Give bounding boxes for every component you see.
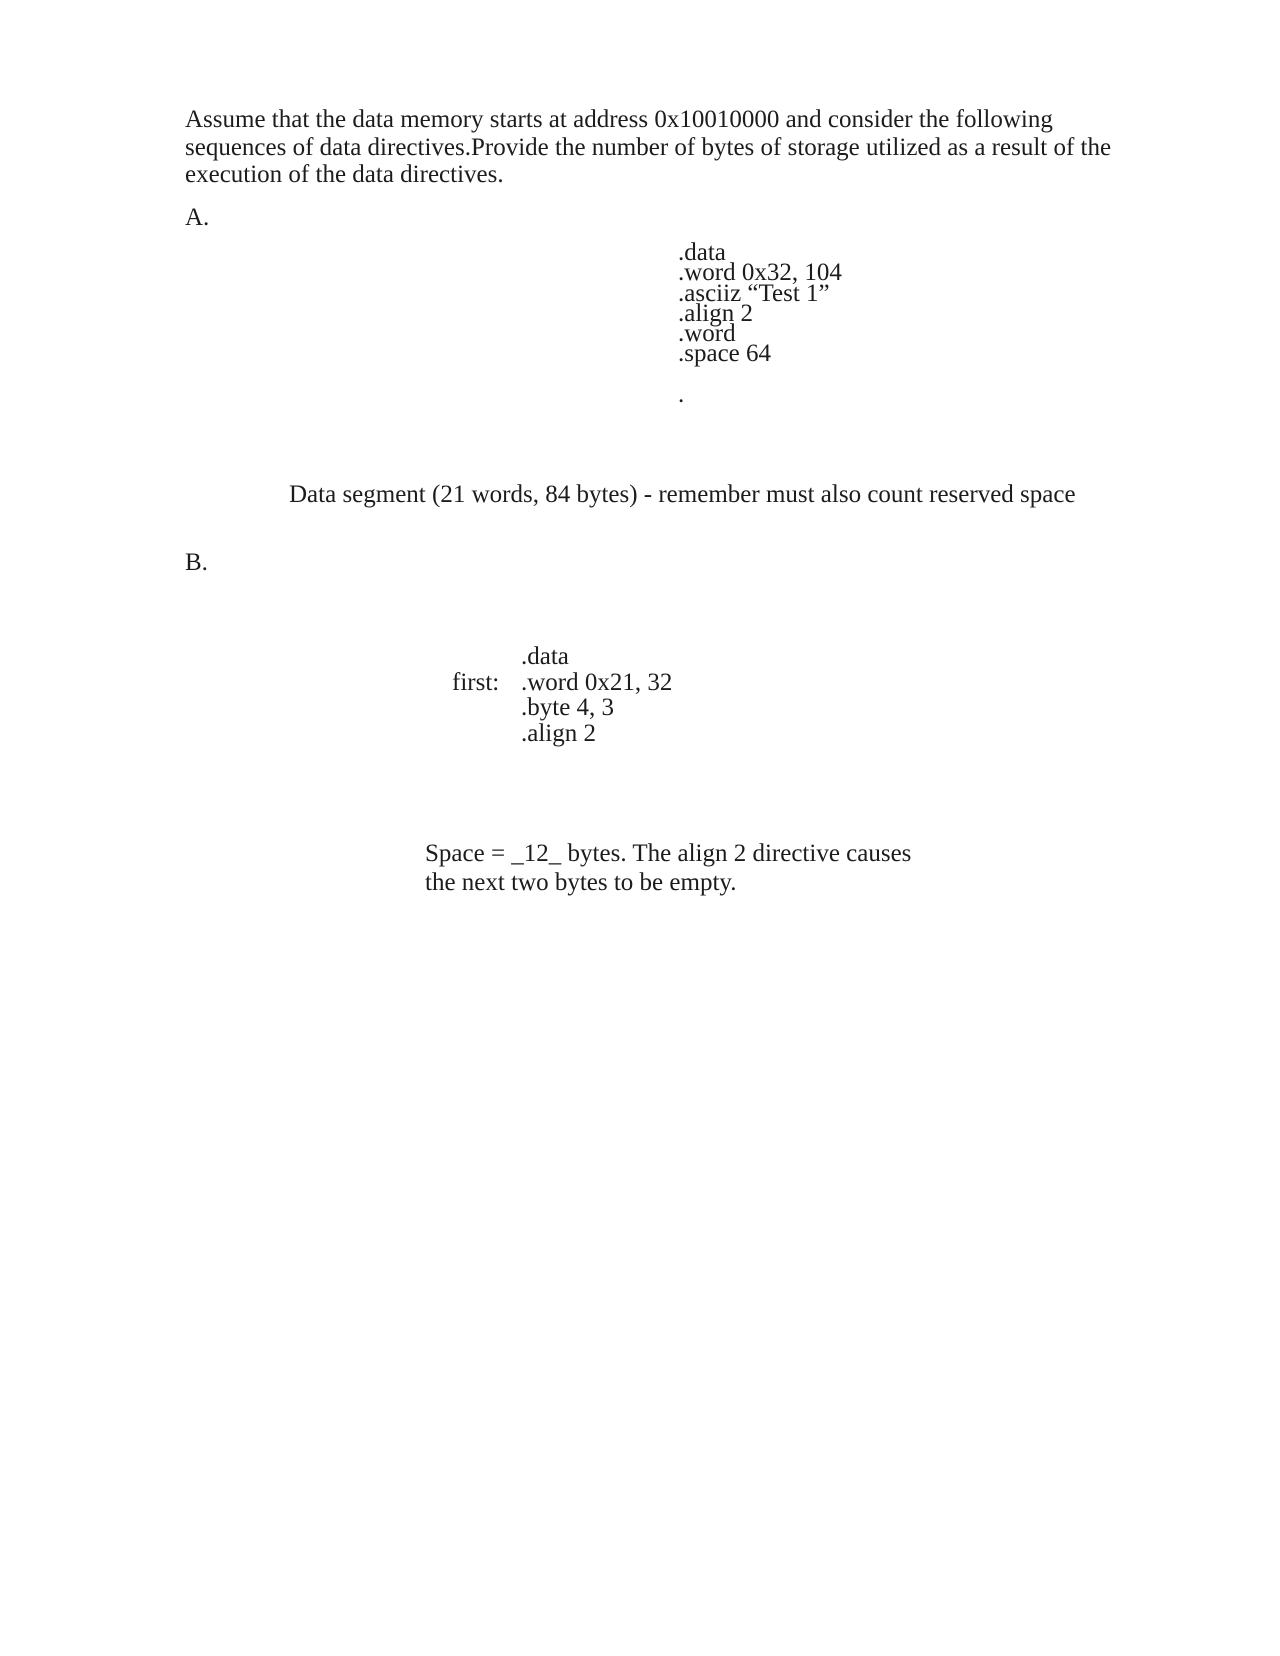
section-a-answer: Data segment (21 words, 84 bytes) - reme…	[289, 481, 1076, 509]
intro-line: sequences of data directives.Provide the…	[185, 134, 1111, 162]
code-label	[452, 695, 521, 721]
code-line: .word 0x21, 32	[521, 670, 672, 696]
intro-line: execution of the data directives.	[185, 161, 1111, 189]
code-row: first: .word 0x21, 32	[452, 670, 672, 696]
code-label	[452, 721, 521, 747]
continuation-dot: .	[678, 385, 684, 405]
code-row: .align 2	[452, 721, 672, 747]
code-row: .data	[452, 644, 672, 670]
document-page: Assume that the data memory starts at ad…	[0, 0, 1280, 1656]
section-b-code-block: .data first: .word 0x21, 32 .byte 4, 3 .…	[452, 644, 672, 746]
answer-line: the next two bytes to be empty.	[425, 869, 911, 898]
code-line: .data	[521, 644, 569, 670]
code-line: .byte 4, 3	[521, 695, 614, 721]
section-b-label: B.	[185, 549, 208, 577]
section-b-answer: Space = _12_ bytes. The align 2 directiv…	[425, 840, 911, 897]
code-label-first: first:	[452, 670, 521, 696]
code-line: .align 2	[521, 721, 596, 747]
intro-line: Assume that the data memory starts at ad…	[185, 106, 1111, 134]
code-label	[452, 644, 521, 670]
answer-line: Space = _12_ bytes. The align 2 directiv…	[425, 840, 911, 869]
section-a-code-block: .data .word 0x32, 104 .asciiz “Test 1” .…	[678, 243, 842, 365]
section-a-label: A.	[185, 204, 209, 232]
code-row: .byte 4, 3	[452, 695, 672, 721]
intro-paragraph: Assume that the data memory starts at ad…	[185, 106, 1111, 189]
code-line: .space 64	[678, 344, 842, 364]
